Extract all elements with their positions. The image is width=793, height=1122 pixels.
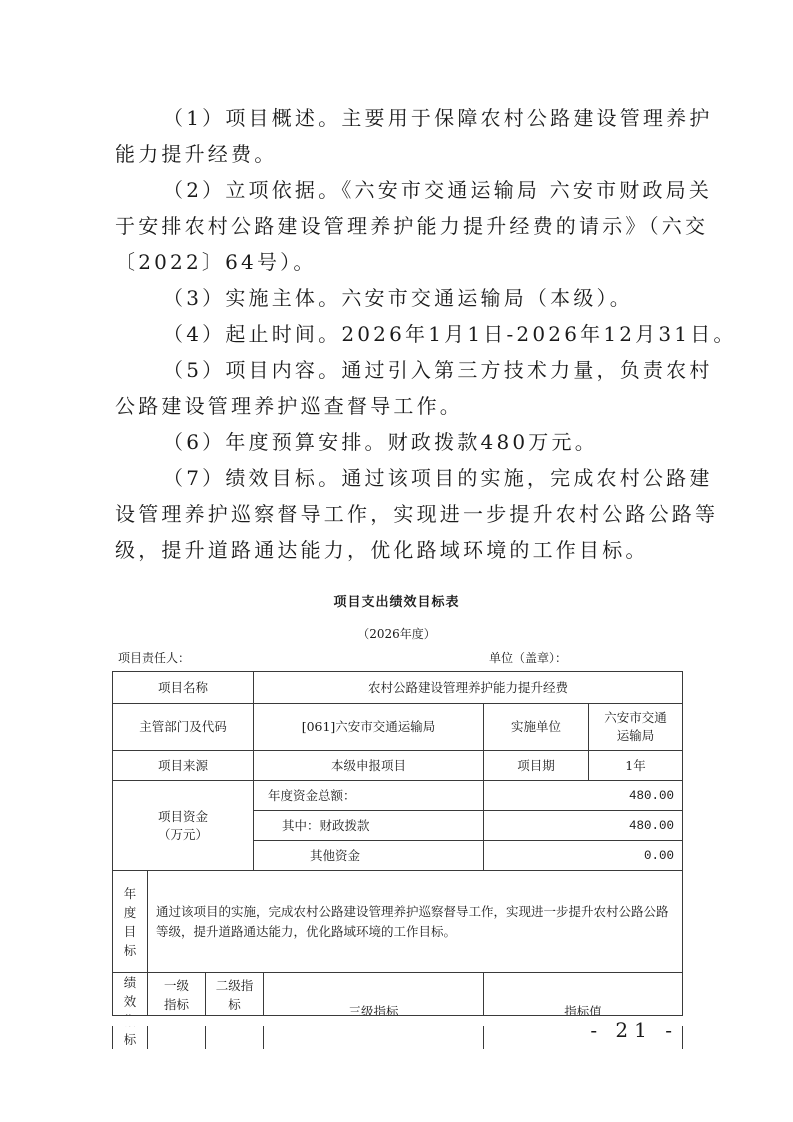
table-row: 项目名称 农村公路建设管理养护能力提升经费 bbox=[113, 672, 683, 704]
level2-header: 二级指标 bbox=[206, 973, 264, 1050]
annual-goal-label-cell: 年度目标 bbox=[113, 871, 148, 973]
text-line: （6）年度预算安排。财政拨款480万元。 bbox=[115, 424, 685, 460]
funds-label: 项目资金 bbox=[113, 808, 253, 826]
annual-goal-label: 年度目标 bbox=[123, 884, 137, 960]
text-line: （7）绩效目标。通过该项目的实施，完成农村公路建 bbox=[115, 460, 685, 496]
performance-target-table: 项目名称 农村公路建设管理养护能力提升经费 主管部门及代码 [061]六安市交通… bbox=[112, 671, 683, 973]
indicator-side-label: 绩效指标 bbox=[123, 973, 137, 1049]
annual-goal-text: 通过该项目的实施，完成农村公路建设管理养护巡察督导工作，实现进一步提升农村公路公… bbox=[148, 871, 683, 973]
dept-value: [061]六安市交通运输局 bbox=[254, 704, 484, 751]
source-label: 项目来源 bbox=[113, 751, 254, 781]
level3-header: 三级指标 bbox=[264, 973, 484, 1050]
responsible-person-label: 项目责任人： bbox=[118, 649, 190, 666]
impl-unit-value: 六安市交通运输局 bbox=[589, 704, 683, 751]
level2-header-text: 二级指标 bbox=[215, 976, 255, 1014]
paragraph-performance-goal: （7）绩效目标。通过该项目的实施，完成农村公路建 设管理养护巡察督导工作，实现进… bbox=[115, 460, 685, 568]
table-row: 年度目标 通过该项目的实施，完成农村公路建设管理养护巡察督导工作，实现进一步提升… bbox=[113, 871, 683, 973]
level1-header: 一级指标 bbox=[148, 973, 206, 1050]
table-row: 项目资金 （万元） 年度资金总额： 480.00 bbox=[113, 781, 683, 811]
text-line: 公路建设管理养护巡查督导工作。 bbox=[115, 388, 685, 424]
funds-total-value: 480.00 bbox=[484, 781, 683, 811]
funds-fiscal-value: 480.00 bbox=[484, 811, 683, 841]
text-line: 能力提升经费。 bbox=[115, 136, 685, 172]
funds-label-cell: 项目资金 （万元） bbox=[113, 781, 254, 871]
text-line: （4）起止时间。2026年1月1日-2026年12月31日。 bbox=[115, 316, 685, 352]
text-line: 〔2022〕64号）。 bbox=[115, 244, 685, 280]
unit-seal-label: 单位（盖章）： bbox=[489, 649, 567, 666]
paragraph-project-overview: （1）项目概述。主要用于保障农村公路建设管理养护 能力提升经费。 bbox=[115, 100, 685, 172]
table-title: 项目支出绩效目标表 bbox=[0, 591, 793, 610]
level1-header-text: 一级指标 bbox=[163, 976, 191, 1014]
impl-unit-text: 六安市交通运输局 bbox=[600, 709, 672, 745]
period-value: 1年 bbox=[589, 751, 683, 781]
text-line: 设管理养护巡察督导工作，实现进一步提升农村公路公路等 bbox=[115, 496, 685, 532]
table-row: 主管部门及代码 [061]六安市交通运输局 实施单位 六安市交通运输局 bbox=[113, 704, 683, 751]
funds-total-label: 年度资金总额： bbox=[254, 781, 484, 811]
period-label: 项目期 bbox=[484, 751, 589, 781]
table-year: （2026年度） bbox=[0, 625, 793, 642]
funds-unit: （万元） bbox=[113, 826, 253, 844]
project-name-label: 项目名称 bbox=[113, 672, 254, 704]
indicator-side-label-cell: 绩效指标 bbox=[113, 973, 148, 1050]
page-number: - 21 - bbox=[590, 1018, 678, 1042]
paragraph-implementer: （3）实施主体。六安市交通运输局（本级）。 bbox=[115, 280, 685, 316]
text-line: （3）实施主体。六安市交通运输局（本级）。 bbox=[115, 280, 685, 316]
table-row: 项目来源 本级申报项目 项目期 1年 bbox=[113, 751, 683, 781]
text-line: 级，提升道路通达能力，优化路域环境的工作目标。 bbox=[115, 532, 685, 568]
funds-other-label: 其他资金 bbox=[254, 841, 484, 871]
funds-other-value: 0.00 bbox=[484, 841, 683, 871]
source-value: 本级申报项目 bbox=[254, 751, 484, 781]
dept-label: 主管部门及代码 bbox=[113, 704, 254, 751]
paragraph-content: （5）项目内容。通过引入第三方技术力量，负责农村 公路建设管理养护巡查督导工作。 bbox=[115, 352, 685, 424]
project-name-value: 农村公路建设管理养护能力提升经费 bbox=[254, 672, 683, 704]
text-line: （5）项目内容。通过引入第三方技术力量，负责农村 bbox=[115, 352, 685, 388]
text-line: （1）项目概述。主要用于保障农村公路建设管理养护 bbox=[115, 100, 685, 136]
paragraph-period: （4）起止时间。2026年1月1日-2026年12月31日。 bbox=[115, 316, 685, 352]
paragraph-budget: （6）年度预算安排。财政拨款480万元。 bbox=[115, 424, 685, 460]
text-line: （2）立项依据。《六安市交通运输局 六安市财政局关 bbox=[115, 172, 685, 208]
impl-unit-label: 实施单位 bbox=[484, 704, 589, 751]
text-line: 于安排农村公路建设管理养护能力提升经费的请示》（六交 bbox=[115, 208, 685, 244]
funds-fiscal-label: 其中：财政拨款 bbox=[254, 811, 484, 841]
paragraph-project-basis: （2）立项依据。《六安市交通运输局 六安市财政局关 于安排农村公路建设管理养护能… bbox=[115, 172, 685, 280]
